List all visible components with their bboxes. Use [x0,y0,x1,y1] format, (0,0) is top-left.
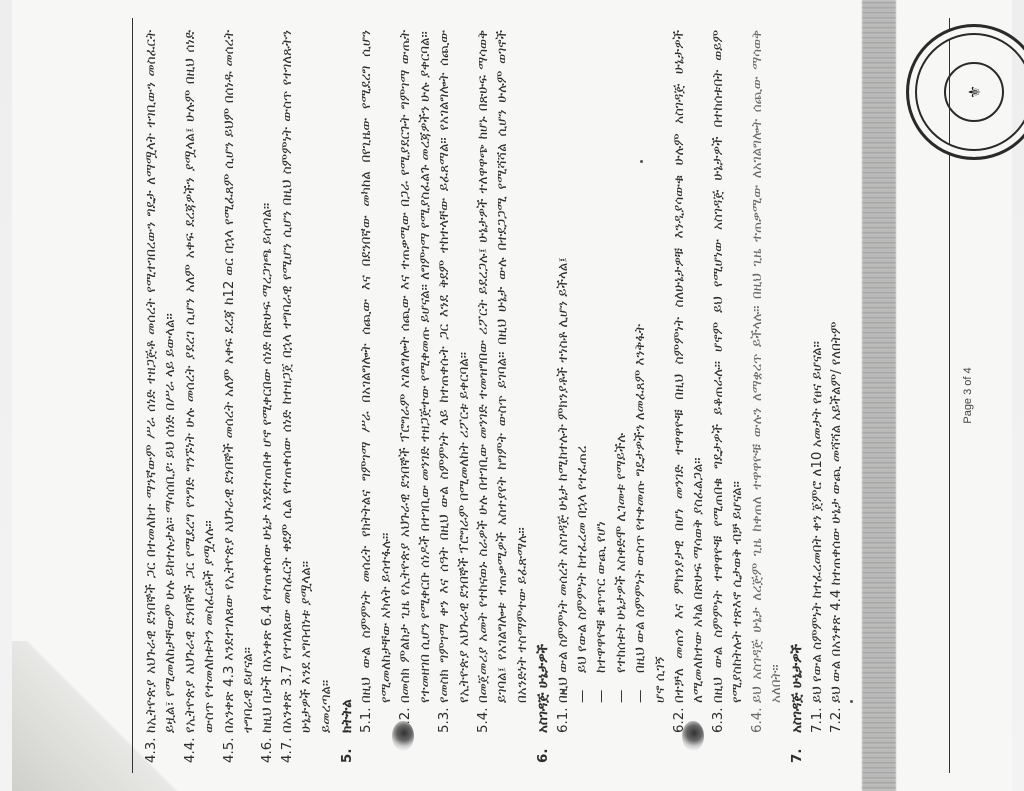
section-5-items: 5.1. በዚህ ውል ስምምነት መሰረት የክትትልና ግምገማ ሥራ በአ… [357,30,532,733]
document-page: 4.3. ከኢትዮጵያ አህጉራዊ ደንበኞች ጋር በተመለከተ ማንኛውም … [12,0,1012,791]
clause-5-2: 5.2. በመስክ ምልከታ ጊዜ የኢትዮጵያ አህጉራዊ ደንበኞች ፕሮግ… [396,30,435,733]
bullet-item: — ከተዋዋዮቹ ቁጥጥር ውጪ የሆነ [592,30,611,703]
clause-4-3: 4.3. ከኢትዮጵያ አህጉራዊ ደንበኞች ጋር በተመለከተ ማንኛውም … [142,30,181,763]
stamp-emblem-icon: ⚜ [944,62,1004,122]
punch-hole [392,721,414,751]
clause-7-2: 7.2. ይህ ውል በአንቀጽ 4.4 ከተጠቀሰው ሁኔታ ውጪ መሻሻል … [827,30,846,733]
section-7-items: 7.1. ይህ የውል ስምምነት ከተፈረመበት ቀን ጀምሮ ለ10 አመታ… [808,30,847,733]
bullet-item: — ይህ የውል ስምምነት ከተፈረመ በኋላ የተፈጠረ [573,30,592,703]
clause-4-6: 4.6. ከዚህ በታች በአንቀጽ 6.4 የተጠቀሰው ሁኔታ እንደተጠበ… [258,30,277,763]
punch-hole [682,721,704,751]
clause-6-1: 6.1. በዚህ ውል ስምምነት መሰረት አስገዳጅ ሁኔታ ከሚከተሉት … [554,30,573,733]
bullet-item: — በዚህ ውል ስምምነት ውስጥ የተቀመጡ ግዴታዎችን ለመፈጸም እን… [631,30,650,703]
clause-7-1: 7.1. ይህ የውል ስምምነት ከተፈረመበት ቀን ጀምሮ ለ10 አመታ… [808,30,827,733]
photocopy-fold-band [862,0,896,791]
clause-5-3: 5.3. የመስክ ግምገማ ቀን እና ሰዓት በዚህ ውል ስምምነት ላይ… [435,30,474,733]
clause-4-7: 4.7. በአንቀጽ 3.7 የተገለጸው መስፈርት ቀደም ሲል የተጠቀሰ… [278,30,317,763]
clause-6-3: 6.3. በዚህ ውል ስምምነት ተዋዋዮቹ የሚጠበቁ ግዴታዎች ይቆጠራ… [709,30,748,733]
clause-4-5: 4.5. በአንቀጽ 4.3 እንደተገለጸው የኢትዮጵያ አህጉራዊ ደንበ… [220,30,259,763]
section-6-heading: 6. አስገዳጅ ሁኔታዎች [534,30,553,763]
clause-4-4: 4.4. የኢትዮጵያ አህጉራዊ ደንበኞች ጋር የሚደረግ የንግድ ግን… [181,30,220,763]
section-4-items: 4.3. ከኢትዮጵያ አህጉራዊ ደንበኞች ጋር በተመለከተ ማንኛውም … [142,30,336,763]
clause-4-7-end: ይመረጣል። [317,30,336,763]
bullet-item: — የተከሰቱት ሁኔታዎች አስቀድሞ ሊገመቱ የማይችሉ [612,30,631,703]
section-6-items: 6.1. በዚህ ውል ስምምነት መሰረት አስገዳጅ ሁኔታ ከሚከተሉት … [554,30,787,733]
clause-6-4: 6.4. ይህ አስገዳጅ ሁኔታ ለረጅም ጊዜ ከቀጠለ ተዋዋዮቹ ውሉን… [748,30,787,733]
header-rule [132,18,133,773]
bullet-conclusion: ሆኖ ሲገኝ [651,30,670,703]
section-7-heading: 7. አስገዳጅ ሁኔታዎች [788,30,807,763]
scan-speck [640,160,643,163]
scan-speck [562,690,565,693]
section-5-heading: 5. ክትትል [338,30,357,763]
clause-6-2: 6.2. በተቻለ መጠን እና ምክንያታዊ በሆነ መንገድ ተዋዋዮቹ በ… [670,30,709,733]
clause-5-1: 5.1. በዚህ ውል ስምምነት መሰረት የክትትልና ግምገማ ሥራ በአ… [357,30,396,733]
scan-speck [850,700,853,703]
document-body: 4.3. ከኢትዮጵያ አህጉራዊ ደንበኞች ጋር በተመለከተ ማንኛውም … [142,30,932,763]
clause-5-4: 5.4. በመጀመሪያ አመት የተከናወኑ ስራዎች ሁሉ በተገቢው መንገ… [474,30,532,733]
